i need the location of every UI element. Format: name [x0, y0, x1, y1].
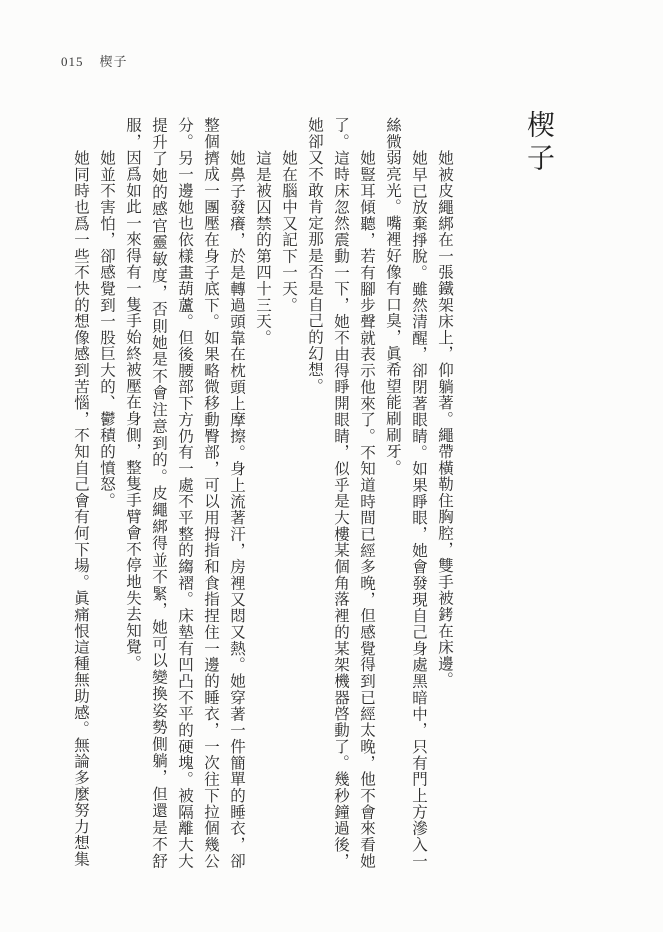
paragraph: 她同時也爲一些不快的想像感到苦惱，不知自己會有何下場。眞痛恨這種無助感。無論多麼…: [67, 117, 93, 869]
paragraph: 這是被囚禁的第四十三天。: [249, 117, 275, 869]
paragraph: 她早已放棄掙脫。雖然清醒，卻閉著眼睛。如果睜眼，她會發現自己身處黑暗中，只有門上…: [379, 117, 431, 869]
running-header-chapter: 楔子: [100, 54, 128, 69]
page-number: 015: [61, 54, 84, 69]
paragraph: 她並不害怕，卻感覺到一股巨大的、鬱積的憤怒。: [93, 117, 119, 869]
chapter-heading: 楔子: [518, 110, 558, 176]
paragraph: 她被皮繩綁在一張鐵架床上，仰躺著。繩帶橫勒住胸腔，雙手被銬在床邊。: [431, 117, 457, 869]
running-header: 015楔子: [61, 51, 128, 70]
paragraph: 她在腦中又記下一天。: [275, 117, 301, 869]
body-text: 她被皮繩綁在一張鐵架床上，仰躺著。繩帶橫勒住胸腔，雙手被銬在床邊。 她早已放棄掙…: [67, 117, 457, 869]
paragraph: 她豎耳傾聽，若有腳步聲就表示他來了。不知道時間已經多晚，但感覺得到已經太晚，他不…: [301, 117, 379, 869]
paragraph: 她鼻子發癢，於是轉過頭靠在枕頭上摩擦。身上流著汗，房裡又悶又熱。她穿著一件簡單的…: [119, 117, 249, 869]
book-page: 015楔子 楔子 她被皮繩綁在一張鐵架床上，仰躺著。繩帶橫勒住胸腔，雙手被銬在床…: [0, 0, 663, 932]
